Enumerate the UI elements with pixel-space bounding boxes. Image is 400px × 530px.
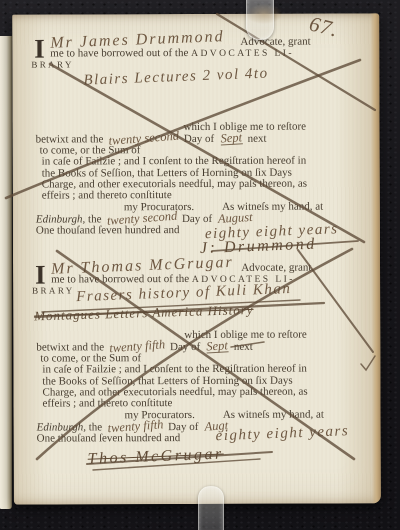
borrow-entry-2: I Mr Thomas McGrugar Advocate, grant me … [32, 259, 378, 297]
signature-handwritten: Thos McGrugar [87, 446, 224, 469]
restore-month-handwritten: Sept [220, 133, 242, 147]
day-of-label: Day of [170, 341, 200, 353]
printed-form-body: which I oblige me to reſtore betwixt and… [32, 121, 378, 236]
next-label: next [248, 133, 267, 145]
witness-month-handwritten: August [218, 212, 253, 225]
struck-out-book-line: Montagues Letters America History [34, 302, 254, 325]
plastic-clip-top [246, 0, 274, 40]
day-of-label: Day of [182, 213, 212, 225]
borrower-line: Mr Thomas McGrugar Advocate, grant [32, 259, 378, 274]
borrow-entry-1: I Mr James Drummond Advocate, grant me t… [31, 33, 377, 71]
photo-of-borrowing-register: 67. I Mr James Drummond Advocate, grant … [0, 0, 400, 530]
day-of-label: Day of [184, 133, 214, 145]
next-label: next [234, 341, 253, 353]
borrower-line: Mr James Drummond Advocate, grant [31, 33, 377, 48]
witness-text: As witneſs my hand, at [223, 408, 324, 420]
plastic-clip-bottom [198, 486, 224, 530]
restore-day-handwritten: twenty fifth [109, 340, 166, 355]
restore-day-handwritten: twenty second [108, 131, 179, 148]
advocates-library-caps: ADVOCATES LI- [191, 48, 294, 59]
drop-cap-initial: I [35, 264, 46, 286]
restore-month-handwritten: Sept [206, 341, 228, 355]
facing-page-edge [0, 36, 12, 509]
advocate-grant-text: Advocate, grant [241, 262, 311, 274]
register-page: 67. I Mr James Drummond Advocate, grant … [12, 13, 381, 504]
drop-cap-initial: I [34, 38, 45, 60]
